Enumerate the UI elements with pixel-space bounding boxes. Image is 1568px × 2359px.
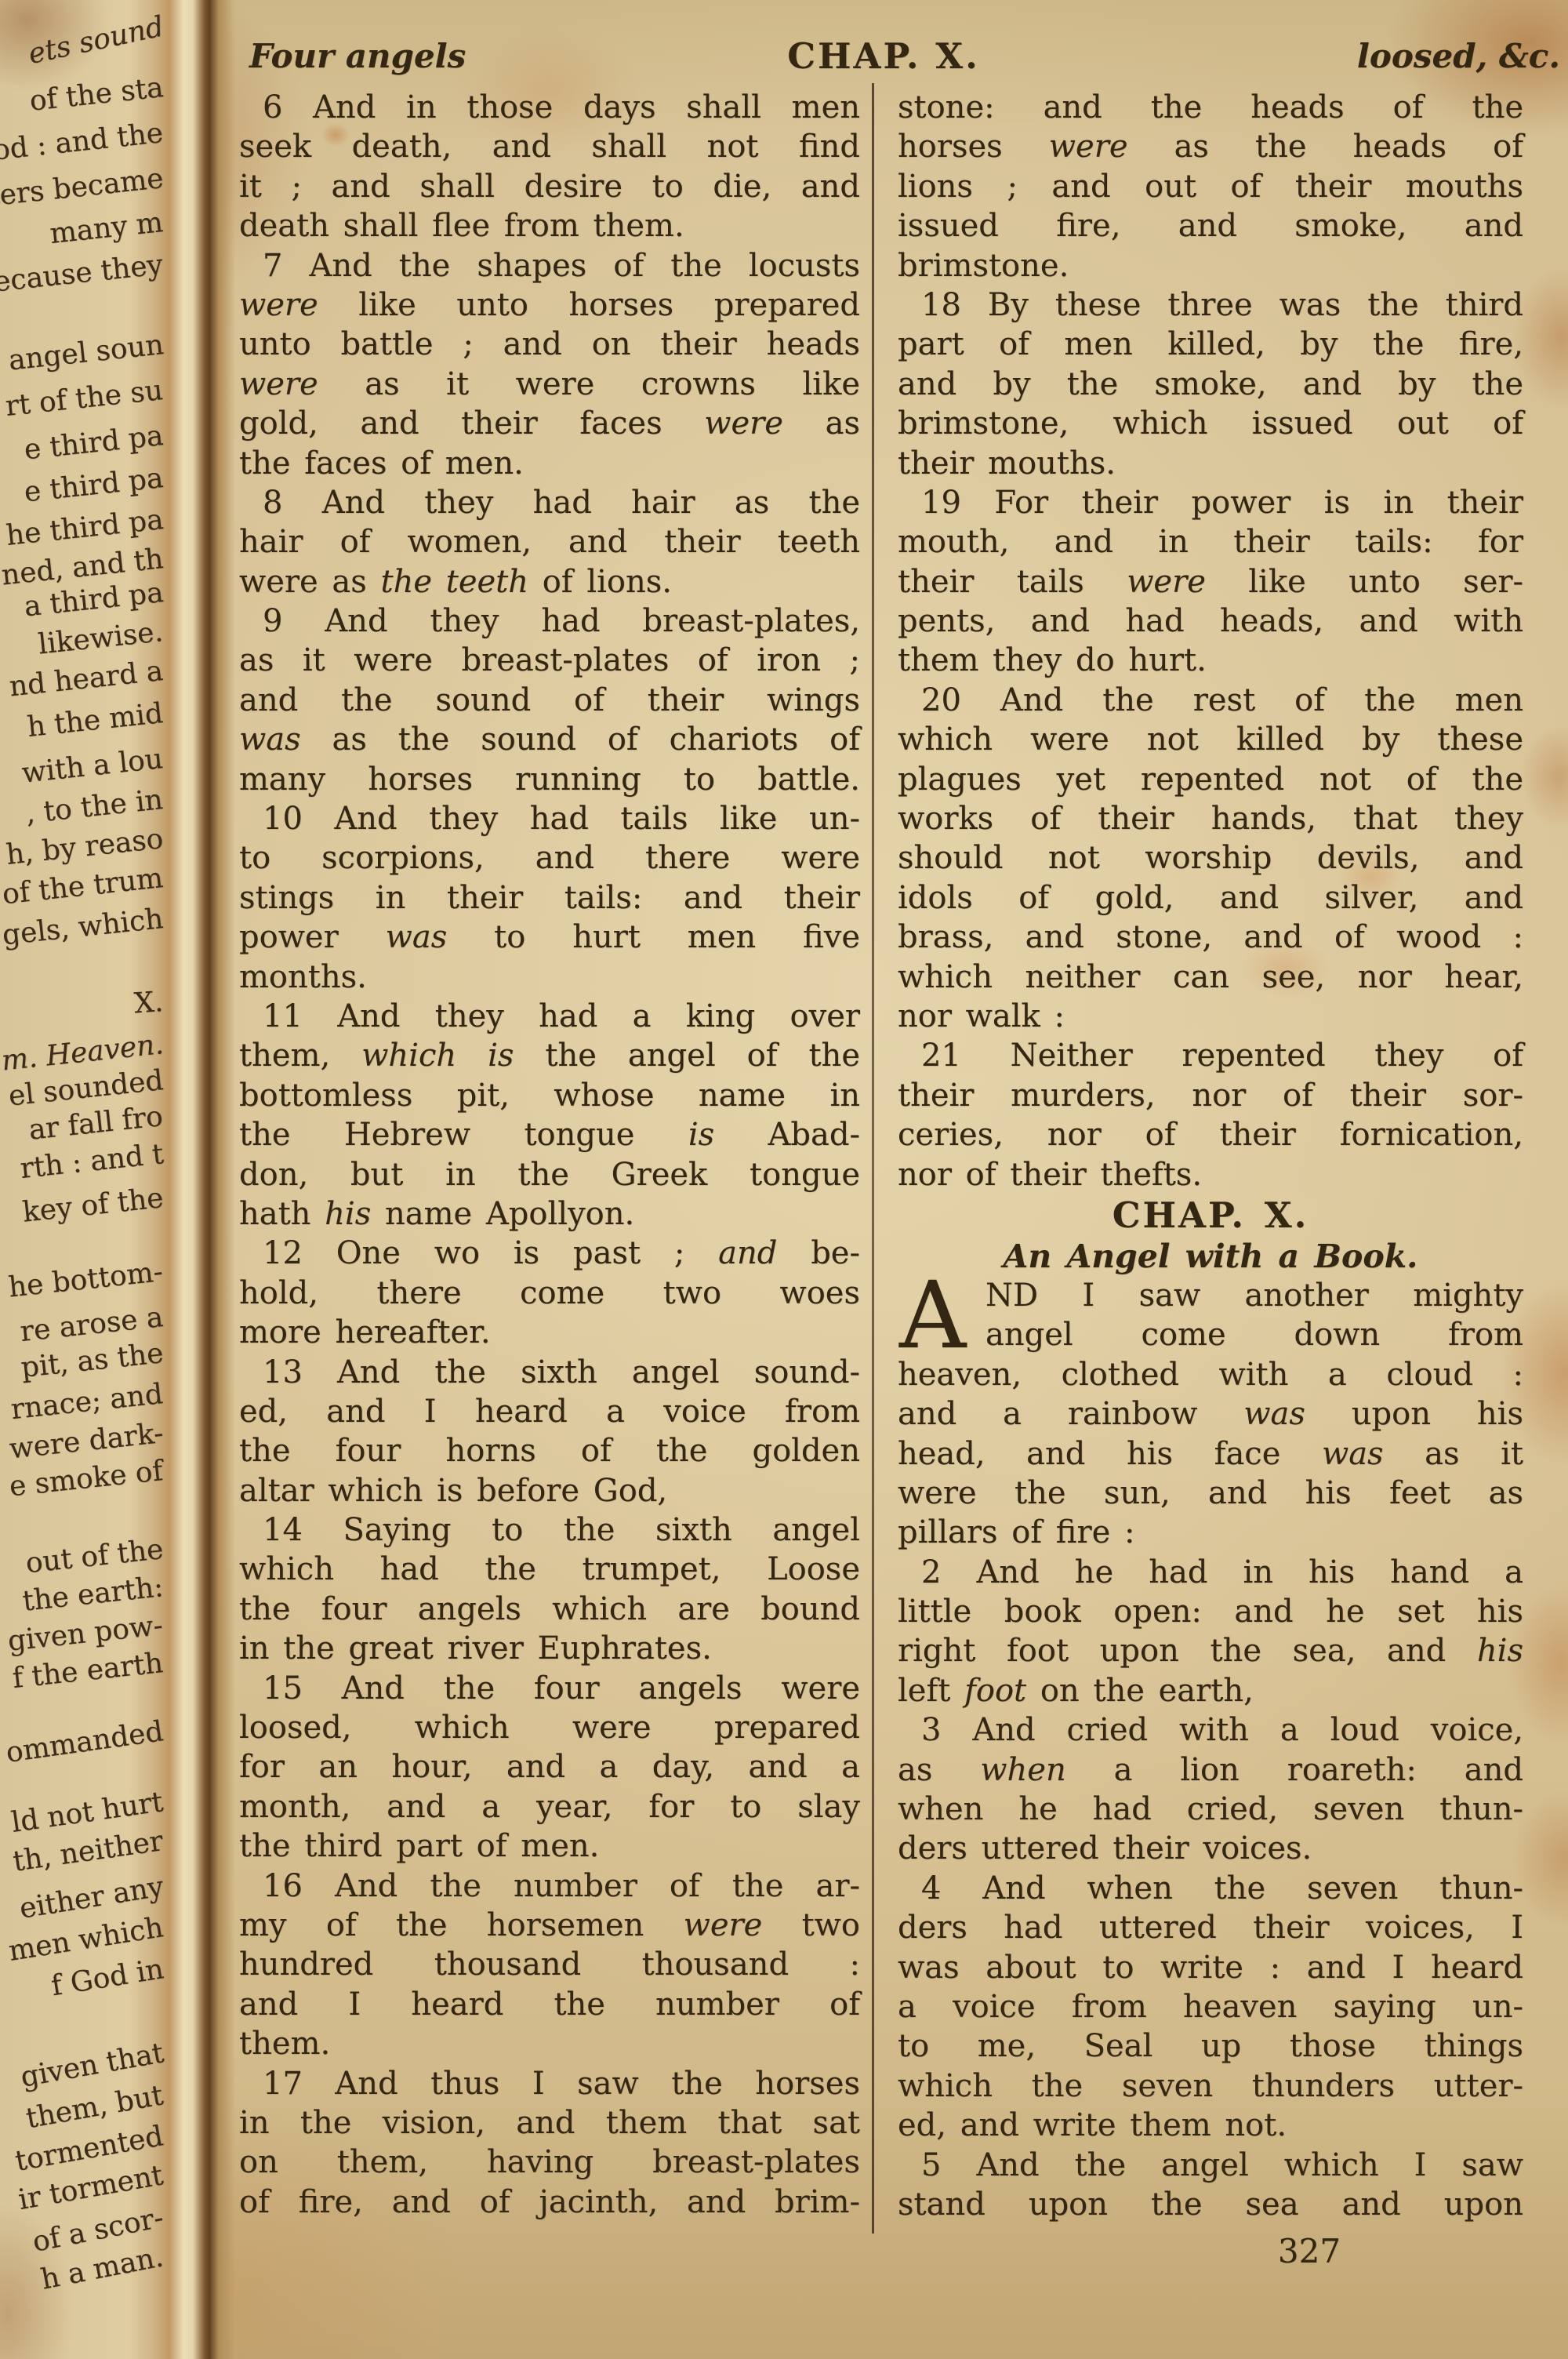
body-line: heaven, clothed with a cloud : <box>898 1355 1523 1394</box>
body-line: 13 And the sixth angel sound- <box>239 1353 860 1392</box>
body-line: hundred thousand thousand : <box>239 1945 860 1984</box>
chapter-opening: A ND I saw another mightyangel come down… <box>898 1276 1523 1355</box>
body-line: stand upon the sea and upon <box>898 2185 1523 2224</box>
spine-text-fragment: key of the <box>21 1183 165 1229</box>
body-line: which had the trumpet, Loose <box>239 1550 860 1589</box>
body-line: and by the smoke, and by the <box>898 365 1523 404</box>
body-line: 11 And they had a king over <box>239 997 860 1036</box>
body-line: 16 And the number of the ar- <box>239 1866 860 1906</box>
body-line: altar which is before God, <box>239 1471 860 1510</box>
body-line: a voice from heaven saying un- <box>898 1987 1523 2026</box>
body-line: stings in their tails: and their <box>239 878 860 918</box>
body-line: were the sun, and his feet as <box>898 1474 1523 1513</box>
spine-text-fragment: , to the in <box>24 784 165 830</box>
body-line: and I heard the number of <box>239 1985 860 2024</box>
body-line: ders had uttered their voices, I <box>898 1908 1523 1947</box>
body-line: the Hebrew tongue is Abad- <box>239 1115 860 1154</box>
body-line: ceries, nor of their fornication, <box>898 1115 1523 1154</box>
chapter-subtitle: An Angel with a Book. <box>898 1237 1523 1276</box>
body-line: their mouths. <box>898 444 1523 483</box>
body-line: bottomless pit, whose name in <box>239 1076 860 1115</box>
body-line: works of their hands, that they <box>898 799 1523 838</box>
body-line: were as the teeth of lions. <box>239 562 860 602</box>
body-line: unto battle ; and on their heads <box>239 325 860 364</box>
body-line: which the seven thunders utter- <box>898 2066 1523 2106</box>
body-line: left foot on the earth, <box>898 1671 1523 1710</box>
spine-text-fragment: ommanded <box>4 1716 165 1769</box>
body-line: seek death, and shall not find <box>239 127 860 166</box>
body-line: more hereafter. <box>239 1313 860 1352</box>
body-line: hath his name Apollyon. <box>239 1194 860 1234</box>
body-line: in the vision, and them that sat <box>239 2103 860 2143</box>
verses-top: stone: and the heads of thehorses were a… <box>898 88 1523 1194</box>
body-line: 2 And he had in his hand a <box>898 1553 1523 1592</box>
body-line: pents, and had heads, and with <box>898 602 1523 641</box>
chapter-heading: CHAP. X. <box>898 1194 1523 1237</box>
body-line: as it were breast-plates of iron ; <box>239 641 860 680</box>
body-line: and a rainbow was upon his <box>898 1394 1523 1434</box>
body-line: angel come down from <box>898 1315 1523 1354</box>
previous-page-spine-edge: ets soundof the staod : and theters beca… <box>0 0 235 2359</box>
body-line: were as it were crowns like <box>239 365 860 404</box>
body-line: ed, and write them not. <box>898 2106 1523 2145</box>
body-line: it ; and shall desire to die, and <box>239 167 860 206</box>
body-line: nor walk : <box>898 997 1523 1036</box>
body-line: for an hour, and a day, and a <box>239 1747 860 1787</box>
body-line: their tails were like unto ser- <box>898 562 1523 602</box>
body-line: which were not killed by these <box>898 720 1523 759</box>
body-line: little book open: and he set his <box>898 1592 1523 1631</box>
body-line: many horses running to battle. <box>239 760 860 799</box>
body-line: 18 By these three was the third <box>898 285 1523 325</box>
body-line: 19 For their power is in their <box>898 483 1523 522</box>
spine-text-fragment: of the trum <box>1 863 165 911</box>
body-line: 7 And the shapes of the locusts <box>239 246 860 285</box>
page-number: 327 <box>1254 2232 1364 2270</box>
body-line: 10 And they had tails like un- <box>239 799 860 838</box>
column-divider-rule <box>872 83 874 2234</box>
bible-page: ets soundof the staod : and theters beca… <box>0 0 1568 2359</box>
body-line: 21 Neither repented they of <box>898 1036 1523 1075</box>
spine-text-fragment: e third pa <box>23 420 165 466</box>
body-line: ders uttered their voices. <box>898 1829 1523 1868</box>
body-line: brass, and stone, and of wood : <box>898 918 1523 957</box>
body-line: hair of women, and their teeth <box>239 522 860 562</box>
spine-text-fragment: gels, which <box>1 903 165 951</box>
body-line: the four horns of the golden <box>239 1431 860 1470</box>
spine-text-fragment: he bottom- <box>7 1256 165 1303</box>
body-line: and the sound of their wings <box>239 681 860 720</box>
body-line: 9 And they had breast-plates, <box>239 602 860 641</box>
spine-text-fragment: likewise. <box>37 616 165 660</box>
body-line: head, and his face was as it <box>898 1434 1523 1474</box>
body-line: should not worship devils, and <box>898 838 1523 878</box>
body-line: 3 And cried with a loud voice, <box>898 1710 1523 1750</box>
spine-text-fragment: ecause they <box>0 249 165 298</box>
body-line: them they do hurt. <box>898 641 1523 680</box>
body-line: plagues yet repented not of the <box>898 760 1523 799</box>
body-line: power was to hurt men five <box>239 918 860 957</box>
running-head-chapter: CHAP. X. <box>727 38 1040 75</box>
body-line: 14 Saying to the sixth angel <box>239 1510 860 1550</box>
body-line: was about to write : and I heard <box>898 1948 1523 1987</box>
body-line: brimstone, which issued out of <box>898 404 1523 443</box>
body-line: the third part of men. <box>239 1826 860 1866</box>
body-line: right foot upon the sea, and his <box>898 1631 1523 1670</box>
body-line: 6 And in those days shall men <box>239 88 860 127</box>
spine-text-fragment: angel soun <box>7 329 165 377</box>
verses-bottom: heaven, clothed with a cloud :and a rain… <box>898 1355 1523 2225</box>
body-line: brimstone. <box>898 246 1523 285</box>
body-line: ed, and I heard a voice from <box>239 1392 860 1431</box>
body-line: 8 And they had hair as the <box>239 483 860 522</box>
body-line: their murders, nor of their sor- <box>898 1076 1523 1115</box>
body-line: months. <box>239 958 860 997</box>
body-line: loosed, which were prepared <box>239 1708 860 1747</box>
body-line: the four angels which are bound <box>239 1590 860 1629</box>
body-line: issued fire, and smoke, and <box>898 206 1523 245</box>
body-line: lions ; and out of their mouths <box>898 167 1523 206</box>
body-line: was as the sound of chariots of <box>239 720 860 759</box>
body-line: mouth, and in their tails: for <box>898 522 1523 562</box>
running-head-left: Four angels <box>249 38 466 75</box>
body-line: 15 And the four angels were <box>239 1669 860 1708</box>
body-line: the faces of men. <box>239 444 860 483</box>
body-line: part of men killed, by the fire, <box>898 325 1523 364</box>
body-line: my of the horsemen were two <box>239 1906 860 1945</box>
body-line: idols of gold, and silver, and <box>898 878 1523 918</box>
spine-text-fragment: of the sta <box>28 72 165 118</box>
body-line: 4 And when the seven thun- <box>898 1869 1523 1908</box>
body-line: them, which is the angel of the <box>239 1036 860 1075</box>
body-line: them. <box>239 2024 860 2063</box>
spine-text-fragment: h the mid <box>26 698 165 743</box>
spine-text-fragment: f God in <box>49 1954 165 2002</box>
body-line: 12 One wo is past ; and be- <box>239 1234 860 1273</box>
body-line: horses were as the heads of <box>898 127 1523 166</box>
drop-cap-letter: A <box>899 1279 966 1351</box>
body-line: in the great river Euphrates. <box>239 1629 860 1668</box>
body-line: to scorpions, and there were <box>239 838 860 878</box>
running-head-right: loosed, &c. <box>1286 38 1560 75</box>
body-line: 17 And thus I saw the horses <box>239 2064 860 2103</box>
body-line: when he had cried, seven thun- <box>898 1790 1523 1829</box>
body-line: stone: and the heads of the <box>898 88 1523 127</box>
body-line: month, and a year, for to slay <box>239 1787 860 1826</box>
body-line: of fire, and of jacinth, and brim- <box>239 2183 860 2222</box>
body-line: ND I saw another mighty <box>898 1276 1523 1315</box>
body-line: death shall flee from them. <box>239 206 860 245</box>
spine-text-fragment: e third pa <box>23 463 165 508</box>
body-line: to me, Seal up those things <box>898 2026 1523 2066</box>
spine-text-fragment: ets sound <box>25 11 166 71</box>
spine-text-fragment: rt of the su <box>4 375 165 423</box>
spine-text-fragment: ters became <box>0 163 165 213</box>
spine-text-fragment: many m <box>49 207 165 250</box>
body-line: 5 And the angel which I saw <box>898 2146 1523 2185</box>
body-line: gold, and their faces were as <box>239 404 860 443</box>
body-line: as when a lion roareth: and <box>898 1750 1523 1790</box>
body-line: which neither can see, nor hear, <box>898 958 1523 997</box>
body-line: pillars of fire : <box>898 1513 1523 1552</box>
body-line: on them, having breast-plates <box>239 2143 860 2182</box>
spine-text-fragment: rth : and t <box>18 1139 165 1185</box>
body-line: don, but in the Greek tongue <box>239 1155 860 1194</box>
left-text-column: 6 And in those days shall menseek death,… <box>239 88 860 2222</box>
body-line: were like unto horses prepared <box>239 285 860 325</box>
drop-cap-lines: ND I saw another mightyangel come down f… <box>898 1276 1523 1355</box>
body-line: 20 And the rest of the men <box>898 681 1523 720</box>
spine-text-fragment: with a lou <box>20 743 165 790</box>
spine-text-fragment: nd heard a <box>8 656 165 703</box>
body-line: nor of their thefts. <box>898 1155 1523 1194</box>
spine-text-fragment: X. <box>133 987 165 1020</box>
right-text-column: stone: and the heads of thehorses were a… <box>898 88 1523 2224</box>
body-line: hold, there come two woes <box>239 1274 860 1313</box>
spine-text-fragment: od : and the <box>0 118 165 167</box>
